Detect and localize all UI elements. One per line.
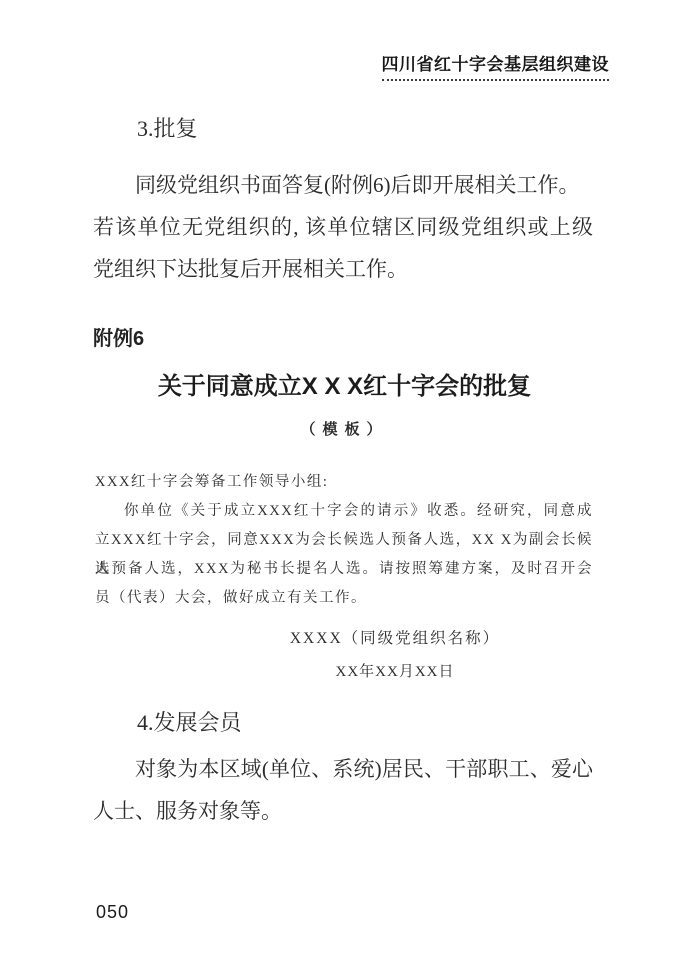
letter-salutation: XXX红十字会筹备工作领导小组: [95, 468, 593, 497]
letter-line: 人预备人选，XXX为秘书长提名人选。请按照筹建方案，及时召开会 [95, 555, 593, 584]
running-header-title: 四川省红十字会基层组织建设 [382, 50, 610, 81]
annex-label: 附例6 [93, 322, 144, 351]
letter-line: 员（代表）大会，做好成立有关工作。 [95, 584, 593, 613]
signature-org-name: XXXX（同级党组织名称） [278, 629, 512, 649]
paragraph-line: 人士、服务对象等。 [93, 790, 593, 832]
section-3-paragraph: 同级党组织书面答复(附例6)后即开展相关工作。 若该单位无党组织的, 该单位辖区… [93, 164, 593, 290]
paragraph-line: 若该单位无党组织的, 该单位辖区同级党组织或上级 [93, 206, 593, 248]
section-4-paragraph: 对象为本区域(单位、系统)居民、干部职工、爱心 人士、服务对象等。 [93, 748, 593, 832]
letter-line: 你单位《关于成立XXX红十字会的请示》收悉。经研究，同意成 [95, 497, 593, 526]
annex-subtitle: （模板） [0, 418, 689, 439]
annex-title: 关于同意成立X X X红十字会的批复 [0, 366, 689, 401]
paragraph-line: 同级党组织书面答复(附例6)后即开展相关工作。 [93, 164, 593, 206]
paragraph-line: 党组织下达批复后开展相关工作。 [93, 248, 593, 290]
section-4-heading: 4.发展会员 [93, 706, 242, 737]
letter-line: 立XXX红十字会，同意XXX为会长候选人预备人选，XX X为副会长候选 [95, 526, 593, 555]
section-3-heading: 3.批复 [93, 112, 198, 143]
page-number: 050 [96, 902, 129, 923]
paragraph-line: 对象为本区域(单位、系统)居民、干部职工、爱心 [93, 748, 593, 790]
letter-signature-block: XXXX（同级党组织名称） XX年XX月XX日 [278, 629, 512, 682]
document-page: 四川省红十字会基层组织建设 3.批复 同级党组织书面答复(附例6)后即开展相关工… [0, 0, 689, 968]
signature-date: XX年XX月XX日 [278, 662, 512, 682]
letter-body: XXX红十字会筹备工作领导小组: 你单位《关于成立XXX红十字会的请示》收悉。经… [95, 468, 593, 613]
